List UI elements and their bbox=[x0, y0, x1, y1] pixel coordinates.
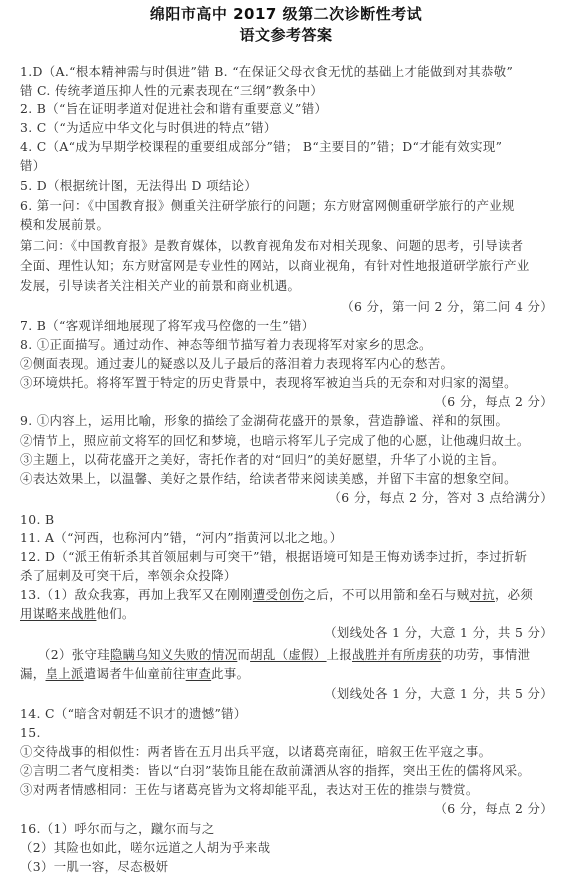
answer-line-q8c: ③环境烘托。将将军置于特定的历史背景中，表现将军被迫当兵的无奈和对归家的渴望。 bbox=[20, 375, 556, 391]
answer-line-q13-1a: 13.（1）敌众我寡，再加上我军又在刚刚遭受创伤之后，不可以用箭和垒石与贼对抗，… bbox=[20, 587, 556, 603]
score-note-q6: （6 分，第一问 2 分，第二问 4 分） bbox=[20, 299, 553, 315]
answer-line-q6d: 全面、理性认知；东方财富网是专业性的网站，以商业视角，有针对性地报道研学旅行产业 bbox=[20, 258, 556, 274]
answer-line-q12b: 杀了屈剌及可突干后，率领余众投降） bbox=[20, 568, 556, 584]
answer-line-q11: 11. A（“河西，也称河内”错，“河内”指黄河以北之地。） bbox=[20, 530, 556, 546]
answer-line-q15c: ③对两者情感相同：王佐与诸葛亮皆为文将却能平乱，表达对王佐的推崇与赞赏。 bbox=[20, 782, 556, 798]
key-phrase: 战胜并有所虏获 bbox=[352, 647, 441, 662]
answer-line-q16a: 16.（1）呼尔而与之，蹴尔而与之 bbox=[20, 821, 556, 837]
key-phrase: 审查 bbox=[186, 666, 211, 681]
key-phrase: 胡乱（虚假） bbox=[250, 647, 326, 662]
answer-line-q3: 3. C（“为适应中华文化与时俱进的特点”错） bbox=[20, 120, 556, 136]
score-note-q15: （6 分，每点 2 分） bbox=[20, 801, 553, 817]
answer-line-q8a: 8. ①正面描写。通过动作、神态等细节描写着力表现将军对家乡的思念。 bbox=[20, 337, 556, 353]
answer-line-q15b: ②言明二者气度相类：皆以“白羽”装饰且能在敌前潇洒从容的指挥，突出王佐的儒将风采… bbox=[20, 763, 556, 779]
answer-line-q9a: 9. ①内容上，运用比喻，形象的描绘了金湖荷花盛开的景象，营造静谧、祥和的氛围。 bbox=[20, 413, 556, 429]
document-subtitle: 语文参考答案 bbox=[0, 24, 572, 45]
answer-line-q4a: 4. C（A“成为早期学校课程的重要组成部分”错； B“主要目的”错；D“才能有… bbox=[20, 139, 556, 155]
answer-line-q1a: 1.D（A.“根本精神需与时俱进”错 B. “在保证父母衣食无忧的基础上才能做到… bbox=[20, 64, 556, 80]
answer-line-q13-2a: （2）张守珪隐瞒乌知义失败的情况而胡乱（虚假）上报战胜并有所虏获的功劳，事情泄 bbox=[38, 647, 572, 663]
answer-line-q6b: 模和发展前景。 bbox=[20, 217, 556, 233]
answer-line-q9d: ④表达效果上，以温馨、美好之景作结，给读者带来阅读美感，并留下丰富的想象空间。 bbox=[20, 471, 556, 487]
answer-line-q14: 14. C（“暗含对朝廷不识才的遗憾”错） bbox=[20, 706, 556, 722]
answer-line-q16b: （2）其险也如此，嗟尔远道之人胡为乎来哉 bbox=[20, 840, 556, 856]
key-phrase: 隐瞒乌知义失败的情况 bbox=[110, 647, 237, 662]
score-note-q9: （6 分，每点 2 分，答对 3 点给满分） bbox=[20, 490, 553, 506]
answer-line-q16c: （3）一肌一容，尽态极妍 bbox=[20, 859, 556, 874]
answer-line-q6e: 发展，引导读者关注相关产业的前景和商业机遇。 bbox=[20, 278, 556, 294]
answer-line-q4b: 错） bbox=[20, 158, 556, 174]
key-phrase: 对抗 bbox=[469, 587, 494, 602]
answer-line-q10: 10. B bbox=[20, 512, 556, 528]
score-note-q13-1: （划线处各 1 分，大意 1 分，共 5 分） bbox=[20, 625, 553, 641]
answer-key-page: 绵阳市高中 2017 级第二次诊断性考试 语文参考答案 1.D（A.“根本精神需… bbox=[0, 0, 572, 874]
score-note-q13-2: （划线处各 1 分，大意 1 分，共 5 分） bbox=[20, 686, 553, 702]
document-title: 绵阳市高中 2017 级第二次诊断性考试 bbox=[0, 3, 572, 24]
answer-line-q13-1b: 用谋略来战胜他们。 bbox=[20, 606, 556, 622]
score-note-q8: （6 分，每点 2 分） bbox=[20, 394, 553, 410]
answer-line-q6c: 第二问：《中国教育报》是教育媒体，以教育视角发布对相关现象、问题的思考，引导读者 bbox=[20, 238, 556, 254]
answer-line-q1b: 错 C. 传统孝道压抑人性的元素表现在“三纲”教条中） bbox=[20, 83, 556, 99]
answer-line-q2: 2. B（“旨在证明孝道对促进社会和谐有重要意义”错） bbox=[20, 101, 556, 117]
answer-line-q8b: ②侧面表现。通过妻儿的疑惑以及儿子最后的落泪着力表现将军内心的愁苦。 bbox=[20, 356, 556, 372]
answer-line-q13-2b: 漏，皇上派遣谒者牛仙童前往审查此事。 bbox=[20, 666, 556, 682]
answer-line-q5: 5. D（根据统计图，无法得出 D 项结论） bbox=[20, 178, 556, 194]
answer-line-q12a: 12. D（“派王侑斩杀其首领屈剌与可突干”错，根据语境可知是王悔劝诱李过折，李… bbox=[20, 549, 556, 565]
answer-line-q9b: ②情节上，照应前文将军的回忆和梦境，也暗示将军儿子完成了他的心愿，让他魂归故土。 bbox=[20, 433, 556, 449]
key-phrase: 用谋略来战胜 bbox=[20, 606, 96, 621]
answer-line-q15a: ①交待战事的相似性：两者皆在五月出兵平寇，以诸葛亮南征，暗叙王佐平寇之事。 bbox=[20, 744, 556, 760]
key-phrase: 遭受创伤 bbox=[253, 587, 304, 602]
answer-line-q15: 15. bbox=[20, 725, 556, 741]
answer-line-q9c: ③主题上，以荷花盛开之美好，寄托作者的对“回归”的美好愿望，升华了小说的主旨。 bbox=[20, 452, 556, 468]
answer-line-q6a: 6. 第一问：《中国教育报》侧重关注研学旅行的问题；东方财富网侧重研学旅行的产业… bbox=[20, 198, 556, 214]
key-phrase: 皇上派 bbox=[45, 666, 83, 681]
answer-line-q7: 7. B（“客观详细地展现了将军戎马倥偬的一生”错） bbox=[20, 318, 556, 334]
